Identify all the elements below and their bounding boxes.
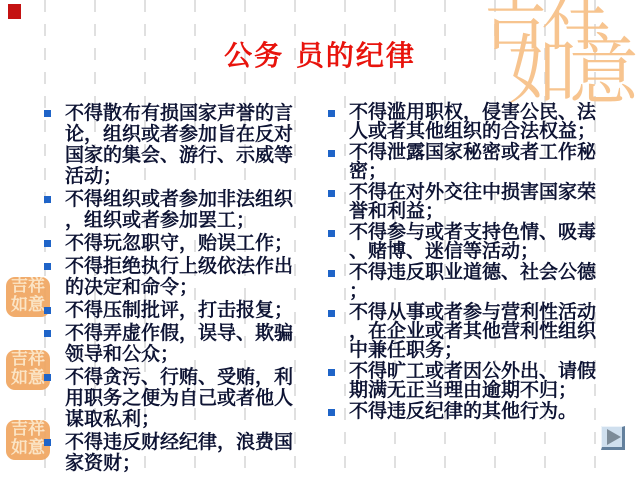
list-item: 不得泄露国家秘密或者工作秘密； (328, 143, 614, 181)
list-item: 不得贪污、行贿、受贿，利用职务之便为自己或者他人谋取私利； (44, 367, 314, 430)
bullet-square-icon (328, 369, 335, 376)
list-item-text: 不得旷工或者因公外出、请假期满无正当理由逾期不归； (349, 362, 611, 400)
bullet-square-icon (328, 409, 335, 416)
list-item: 不得散布有损国家声誉的言论，组织或者参加旨在反对国家的集会、游行、示威等活动； (44, 103, 314, 187)
bullet-square-icon (328, 110, 335, 117)
bullet-square-icon (44, 263, 51, 270)
bullet-square-icon (328, 190, 335, 197)
list-item-text: 不得组织或者参加非法组织，组织或者参加罢工； (65, 189, 311, 231)
list-item: 不得玩忽职守，贻误工作； (44, 233, 314, 254)
list-item: 不得违反财经纪律，浪费国家资财； (44, 432, 314, 474)
list-item: 不得压制批评，打击报复； (44, 300, 314, 321)
list-item: 不得违反纪律的其他行为。 (328, 402, 614, 421)
list-item: 不得从事或者参与营利性活动，在企业或者其他营利性组织中兼任职务； (328, 303, 614, 360)
bullet-square-icon (44, 374, 51, 381)
discipline-list-right: 不得滥用职权，侵害公民、法人或者其他组织的合法权益；不得泄露国家秘密或者工作秘密… (328, 103, 614, 423)
bullet-square-icon (328, 150, 335, 157)
list-item-text: 不得违反纪律的其他行为。 (349, 402, 611, 421)
list-item-text: 不得贪污、行贿、受贿，利用职务之便为自己或者他人谋取私利； (65, 367, 311, 430)
next-slide-button[interactable] (601, 426, 625, 450)
bullet-square-icon (44, 330, 51, 337)
bullet-square-icon (44, 439, 51, 446)
next-arrow-icon (607, 429, 621, 445)
list-item: 不得旷工或者因公外出、请假期满无正当理由逾期不归； (328, 362, 614, 400)
list-item-text: 不得泄露国家秘密或者工作秘密； (349, 143, 611, 181)
bullet-square-icon (328, 310, 335, 317)
list-item-text: 不得违反职业道德、社会公德； (349, 263, 611, 301)
list-item-text: 不得违反财经纪律，浪费国家资财； (65, 432, 311, 474)
slide-canvas: 公务 员的纪律 吉祥 如意 吉祥如意 吉祥如意 吉祥如意 不得散布有损国家声誉的… (0, 0, 640, 480)
list-item-text: 不得压制批评，打击报复； (65, 300, 311, 321)
discipline-list-left: 不得散布有损国家声誉的言论，组织或者参加旨在反对国家的集会、游行、示威等活动；不… (44, 103, 314, 476)
list-item-text: 不得从事或者参与营利性活动，在企业或者其他营利性组织中兼任职务； (349, 303, 611, 360)
list-item-text: 不得滥用职权，侵害公民、法人或者其他组织的合法权益； (349, 103, 611, 141)
bullet-square-icon (44, 110, 51, 117)
bullet-square-icon (44, 196, 51, 203)
slide-title: 公务 员的纪律 (0, 34, 640, 74)
list-item-text: 不得拒绝执行上级依法作出的决定和命令； (65, 256, 311, 298)
list-item-text: 不得玩忽职守，贻误工作； (65, 233, 311, 254)
bullet-square-icon (328, 270, 335, 277)
list-item: 不得拒绝执行上级依法作出的决定和命令； (44, 256, 314, 298)
bullet-square-icon (328, 230, 335, 237)
list-item-text: 不得散布有损国家声誉的言论，组织或者参加旨在反对国家的集会、游行、示威等活动； (65, 103, 311, 187)
list-item: 不得滥用职权，侵害公民、法人或者其他组织的合法权益； (328, 103, 614, 141)
list-item-text: 不得弄虚作假，误导、欺骗领导和公众； (65, 323, 311, 365)
list-item: 不得参与或者支持色情、吸毒、赌博、迷信等活动； (328, 223, 614, 261)
list-item: 不得组织或者参加非法组织，组织或者参加罢工； (44, 189, 314, 231)
corner-accent-square (8, 4, 21, 19)
list-item: 不得弄虚作假，误导、欺骗领导和公众； (44, 323, 314, 365)
bullet-square-icon (44, 240, 51, 247)
bullet-square-icon (44, 307, 51, 314)
list-item: 不得在对外交往中损害国家荣誉和利益； (328, 183, 614, 221)
list-item-text: 不得在对外交往中损害国家荣誉和利益； (349, 183, 611, 221)
list-item: 不得违反职业道德、社会公德； (328, 263, 614, 301)
list-item-text: 不得参与或者支持色情、吸毒、赌博、迷信等活动； (349, 223, 611, 261)
